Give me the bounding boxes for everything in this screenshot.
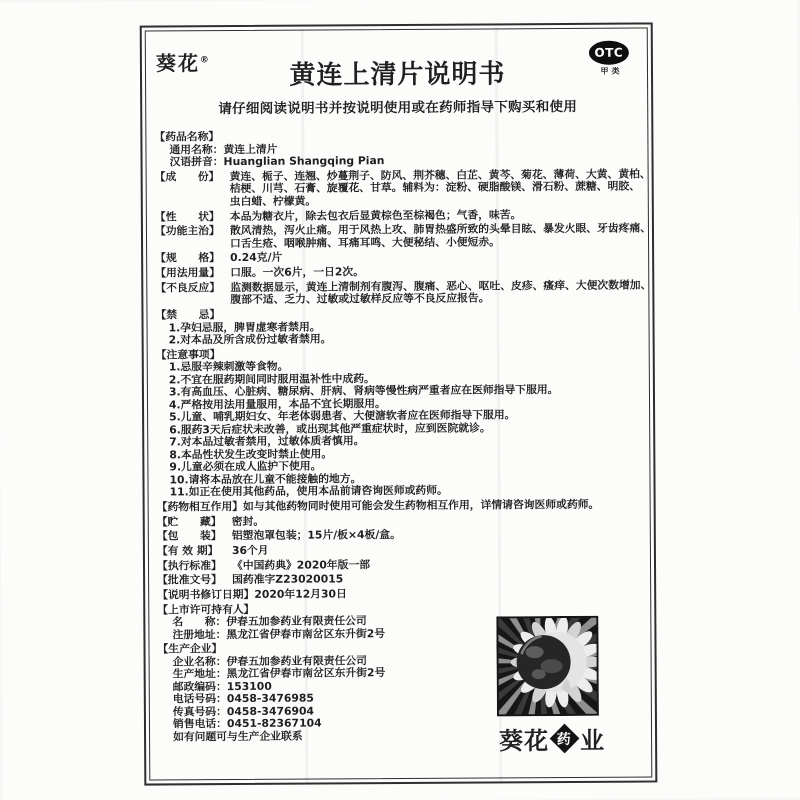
section: 【贮 藏】密封。 <box>157 513 649 529</box>
section-label: 【说明书修订日期】 <box>157 589 254 602</box>
section-text: 散风清热，泻火止痛。用于风热上攻、肺胃热盛所致的头晕目眩、暴发火眼、牙齿疼痛、口… <box>230 223 651 251</box>
section-text-line: 密封。 <box>232 513 649 528</box>
section: 【注意事项】1.忌服辛辣刺激等食物。2.不宜在服药期间同时服用温补性中成药。3.… <box>156 346 649 499</box>
section-row: 【用法用量】口服。一次6片，一日2次。 <box>155 265 647 281</box>
section-text: 如与其他药物同时使用可能会发生药物相互作用，详情请咨询医师或药师。 <box>243 498 649 513</box>
section-item: 2.对本品及所含成份过敏者禁用。 <box>156 331 648 347</box>
section: 【功能主治】散风清热，泻火止痛。用于风热上攻、肺胃热盛所致的头晕目眩、暴发火眼、… <box>155 223 647 251</box>
section-item: 11.如正在使用其他药品，使用本品前请咨询医师或药师。 <box>157 484 649 500</box>
section-label: 【禁 忌】 <box>155 309 230 322</box>
section: 【规 格】0.24克/片 <box>155 250 647 266</box>
section-text-line: 《中国药典》2020年版一部 <box>232 557 649 572</box>
section-row: 【批准文号】国药准字Z23020015 <box>157 572 649 588</box>
section-row: 【规 格】0.24克/片 <box>155 250 647 266</box>
footer-brand-text-2: 业 <box>580 721 605 756</box>
section: 【有 效 期】36个月 <box>157 542 649 558</box>
section-text: 36个月 <box>232 542 649 557</box>
section-label: 【性 状】 <box>155 211 230 224</box>
section-text-line: 国药准字Z23020015 <box>232 572 649 587</box>
section-text: 2020年12月30日 <box>254 586 649 601</box>
section-row: 【贮 藏】密封。 <box>157 513 649 529</box>
section: 【批准文号】国药准字Z23020015 <box>157 572 649 588</box>
section-row: 【药物相互作用】如与其他药物同时使用可能会发生药物相互作用，详情请咨询医师或药师… <box>157 498 649 514</box>
section-text-line: 36个月 <box>232 542 649 557</box>
section-label: 【有 效 期】 <box>157 545 232 558</box>
section-text: 密封。 <box>232 513 649 528</box>
section-text <box>229 129 646 132</box>
section-label: 【规 格】 <box>155 252 230 265</box>
section: 【包 装】铝塑泡罩包装；15片/板×4板/盒。 <box>157 528 649 544</box>
section-label: 【批准文号】 <box>157 574 232 587</box>
section-text <box>254 601 649 603</box>
section-row: 【执行标准】《中国药典》2020年版一部 <box>157 557 649 573</box>
section-text: 监测数据显示，黄连上清制剂有腹泻、腹痛、恶心、呕吐、皮疹、瘙痒、大便次数增加、腹… <box>230 279 651 307</box>
section-label: 【不良反应】 <box>155 282 230 295</box>
section-text: 本品为糖衣片，除去包衣后显黄棕色至棕褐色；气香，味苦。 <box>230 208 647 223</box>
section-label: 【用法用量】 <box>155 267 230 280</box>
section-row: 【不良反应】监测数据显示，黄连上清制剂有腹泻、腹痛、恶心、呕吐、皮疹、瘙痒、大便… <box>155 279 647 307</box>
section-label: 【包 装】 <box>157 530 232 543</box>
section-text-line: 0.24克/片 <box>230 250 647 265</box>
section-row: 【说明书修订日期】2020年12月30日 <box>157 586 649 602</box>
section: 【说明书修订日期】2020年12月30日 <box>157 586 649 602</box>
section: 【禁 忌】1.孕妇忌服，脾胃虚寒者禁用。2.对本品及所含成份过敏者禁用。 <box>155 306 647 347</box>
section-subline: 汉语拼音：Huanglian Shangqing Pian <box>155 154 647 170</box>
section: 【药物相互作用】如与其他药物同时使用可能会发生药物相互作用，详情请咨询医师或药师… <box>157 498 649 514</box>
section: 【执行标准】《中国药典》2020年版一部 <box>157 557 649 573</box>
section-text: 黄连、栀子、连翘、炒蔓荆子、防风、荆芥穗、白芷、黄芩、菊花、薄荷、大黄、黄柏、桔… <box>230 168 651 208</box>
section-text-line: 虫白蜡、柠檬黄。 <box>230 193 651 208</box>
footer-brand-text-1: 葵花 <box>499 721 549 756</box>
section-label: 【功能主治】 <box>155 225 230 238</box>
section-text-line: 口服。一次6片，一日2次。 <box>230 265 647 280</box>
section-label: 【贮 藏】 <box>157 516 232 529</box>
section-text: 0.24克/片 <box>230 250 647 265</box>
footer-brand-diamond-icon: 药 <box>550 724 580 754</box>
doc-title: 黄连上清片说明书 <box>141 52 654 92</box>
section-text: 口服。一次6片，一日2次。 <box>230 265 647 280</box>
footer-brand-emblem-char: 药 <box>557 728 572 748</box>
footer-brand-logo: 葵花药业 <box>499 721 605 757</box>
section-row: 【功能主治】散风清热，泻火止痛。用于风热上攻、肺胃热盛所致的头晕目眩、暴发火眼、… <box>155 223 647 251</box>
section-text <box>231 346 648 349</box>
section-text: 国药准字Z23020015 <box>232 572 649 587</box>
section-text <box>230 306 647 309</box>
section-text-line: 铝塑泡罩包装；15片/板×4板/盒。 <box>232 528 649 543</box>
section-text: 铝塑泡罩包装；15片/板×4板/盒。 <box>232 528 649 543</box>
doc-subtitle: 请仔细阅读说明书并按说明使用或在药师指导下购买和使用 <box>141 94 654 117</box>
section-row: 【有 效 期】36个月 <box>157 542 649 558</box>
section-label: 【执行标准】 <box>157 560 232 573</box>
section-text-line: 口舌生疮、咽喉肿痛、耳痛耳鸣、大便秘结、小便短赤。 <box>230 235 651 250</box>
section-row: 【包 装】铝塑泡罩包装；15片/板×4板/盒。 <box>157 528 649 544</box>
sunflower-emblem <box>496 616 599 717</box>
section-text-line: 如与其他药物同时使用可能会发生药物相互作用，详情请咨询医师或药师。 <box>243 498 649 513</box>
section-text-line: 腹部不适、乏力、过敏或过敏样反应等不良反应报告。 <box>230 292 651 307</box>
section-label: 【成 份】 <box>155 171 230 184</box>
section: 【成 份】黄连、栀子、连翘、炒蔓荆子、防风、荆芥穗、白芷、黄芩、菊花、薄荷、大黄… <box>155 168 647 209</box>
section-text-line: 桔梗、川芎、石膏、旋覆花、甘草。辅料为：淀粉、硬脂酸镁、滑石粉、蔗糖、明胶、 <box>230 181 651 196</box>
section: 【用法用量】口服。一次6片，一日2次。 <box>155 265 647 281</box>
section-text-line: 本品为糖衣片，除去包衣后显黄棕色至棕褐色；气香，味苦。 <box>230 208 647 223</box>
section: 【药品名称】通用名称：黄连上清片汉语拼音：Huanglian Shangqing… <box>154 129 646 170</box>
section-text: 《中国药典》2020年版一部 <box>232 557 649 572</box>
leaflet-page: 葵花® OTC 甲类 黄连上清片说明书 请仔细阅读说明书并按说明使用或在药师指导… <box>0 0 800 800</box>
section-label: 【药物相互作用】 <box>157 501 243 514</box>
section-text-line: 2020年12月30日 <box>254 586 649 601</box>
section-row: 【成 份】黄连、栀子、连翘、炒蔓荆子、防风、荆芥穗、白芷、黄芩、菊花、薄荷、大黄… <box>155 168 647 209</box>
section: 【不良反应】监测数据显示，黄连上清制剂有腹泻、腹痛、恶心、呕吐、皮疹、瘙痒、大便… <box>155 279 647 307</box>
